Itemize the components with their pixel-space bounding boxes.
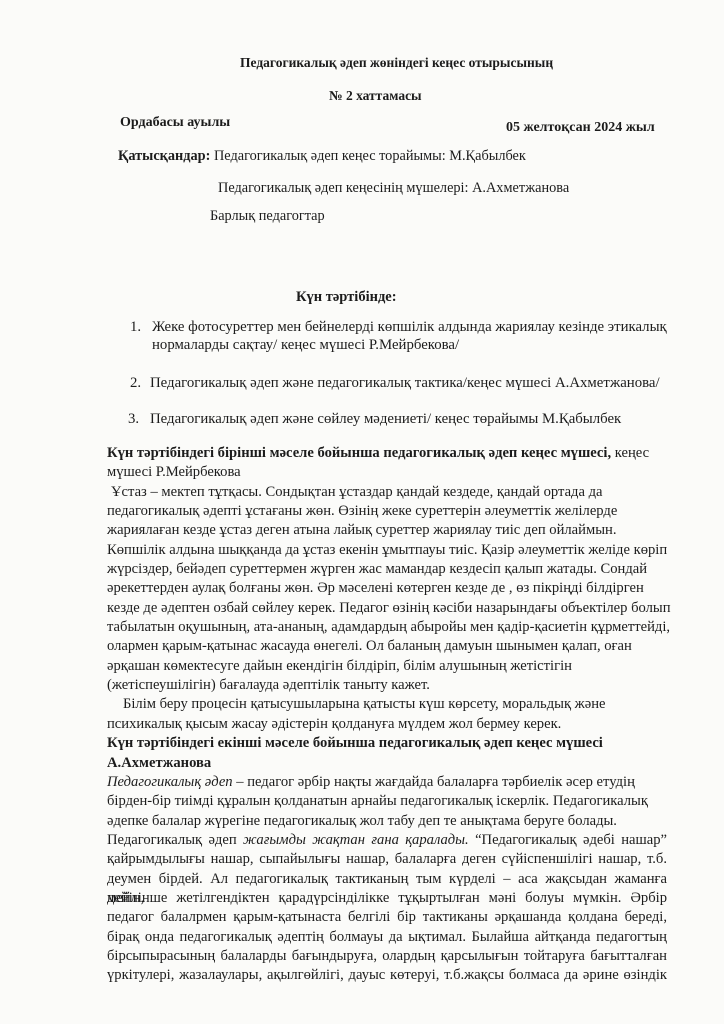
- paragraph-line: бірақ онда педагогикалық әдептің болмауы…: [107, 928, 667, 947]
- paragraph-line: бірден-бір тиімді құралын қолданатын арн…: [107, 792, 667, 811]
- agenda-item-text: Жеке фотосуреттер мен бейнелерді көпшілі…: [152, 318, 667, 336]
- section-2-heading: Күн тәртібіндегі екінші мәселе бойынша п…: [107, 734, 667, 753]
- paragraph-line: Педагогикалық әдеп – педагог әрбір нақты…: [107, 773, 667, 792]
- location: Ордабасы ауылы: [120, 115, 230, 131]
- section-1: Күн тәртібіндегі бірінші мәселе бойынша …: [107, 444, 667, 986]
- protocol-number: № 2 хаттамасы: [329, 88, 422, 104]
- participants-all: Барлық педагогтар: [210, 208, 325, 225]
- paragraph-line: (жетіспеушілігін) бағалауда әдептілік та…: [107, 676, 667, 695]
- paragraph-line: кезде де әдептен озбай сөйлеу керек. Пед…: [107, 599, 667, 618]
- agenda-item-1: 1. Жеке фотосуреттер мен бейнелерді көпш…: [130, 318, 667, 354]
- participants-chair: Педагогикалық әдеп кеңес торайымы: М.Қаб…: [214, 148, 526, 164]
- paragraph-line: әрекеттерден аулақ болғаны жөн. Әр мәсел…: [107, 579, 667, 598]
- participants-line: Қатысқандар: Педагогикалық әдеп кеңес то…: [118, 148, 526, 165]
- agenda-item-text: Педагогикалық әдеп және педагогикалық та…: [150, 374, 660, 392]
- paragraph-line: қайрымдылығы нашар, сыпайылығы нашар, ба…: [107, 850, 667, 869]
- paragraph-line: Білім беру процесін қатысушыларына қатыс…: [107, 695, 667, 714]
- date: 05 желтоқсан 2024 жыл: [506, 120, 655, 136]
- section-2-heading-line2: А.Ахметжанова: [107, 754, 667, 773]
- participants-label: Қатысқандар:: [118, 148, 210, 164]
- section-1-heading: Күн тәртібіндегі бірінші мәселе бойынша …: [107, 444, 667, 463]
- paragraph-line: Ұстаз – мектеп тұтқасы. Сондықтан ұстазд…: [107, 483, 667, 502]
- paragraph-line: бірсыпырасының балаларды бағындыруға, ол…: [107, 947, 667, 966]
- paragraph-line: деумен бірдей. Ал педагогикалық тактикан…: [107, 870, 667, 889]
- paragraph-line: әдепке балалар жүрегіне педагогикалық жо…: [107, 812, 667, 831]
- document-page: Педагогикалық әдеп жөніндегі кеңес отыры…: [0, 0, 724, 1024]
- paragraph-line: психикалық қысым жасау әдістерін қолдану…: [107, 715, 667, 734]
- agenda-item-2: 2. Педагогикалық әдеп және педагогикалық…: [130, 374, 660, 392]
- paragraph-line: педагогикалық әдепті ұстағаны жөн. Өзіні…: [107, 502, 667, 521]
- agenda-item-text: нормаларды сақтау/ кеңес мүшесі Р.Мейрбе…: [152, 336, 667, 354]
- paragraph-line: Көпшілік алдына шыққанда да ұстаз екенін…: [107, 541, 667, 560]
- paragraph-line: мейлінше жетілгендіктен қарадүрсінділікк…: [107, 889, 667, 908]
- document-title: Педагогикалық әдеп жөніндегі кеңес отыры…: [240, 55, 553, 71]
- agenda-item-3: 3. Педагогикалық әдеп және сөйлеу мәдени…: [128, 410, 621, 428]
- paragraph-line: жүрсіздер, бейәдеп суреттермен жүрген жа…: [107, 560, 667, 579]
- agenda-number: 3.: [128, 410, 139, 428]
- section-1-heading-line2: мүшесі Р.Мейрбекова: [107, 463, 667, 482]
- paragraph-line: педагог балалрмен қарым-қатынаста белгіл…: [107, 908, 667, 927]
- paragraph-line: табылатын оқушының, ата-ананың, адамдард…: [107, 618, 667, 637]
- participants-members: Педагогикалық әдеп кеңесінің мүшелері: А…: [218, 180, 569, 197]
- paragraph-line: Педагогикалық әдеп жағымды жақтан ғана қ…: [107, 831, 667, 850]
- agenda-title: Күн тәртібінде:: [296, 289, 397, 306]
- paragraph-line: әрқашан көмектесуге дайын екендігін білд…: [107, 657, 667, 676]
- agenda-item-text: Педагогикалық әдеп және сөйлеу мәдениеті…: [150, 410, 621, 428]
- agenda-number: 1.: [130, 318, 141, 336]
- agenda-number: 2.: [130, 374, 141, 392]
- paragraph-line: жариялаған кезде ұстаз деген атына лайық…: [107, 521, 667, 540]
- paragraph-line: олармен қарым-қатынас жасауда өнегелі. О…: [107, 637, 667, 656]
- paragraph-line: үркітулері, жазалаулары, ақылгөйлігі, да…: [107, 966, 667, 985]
